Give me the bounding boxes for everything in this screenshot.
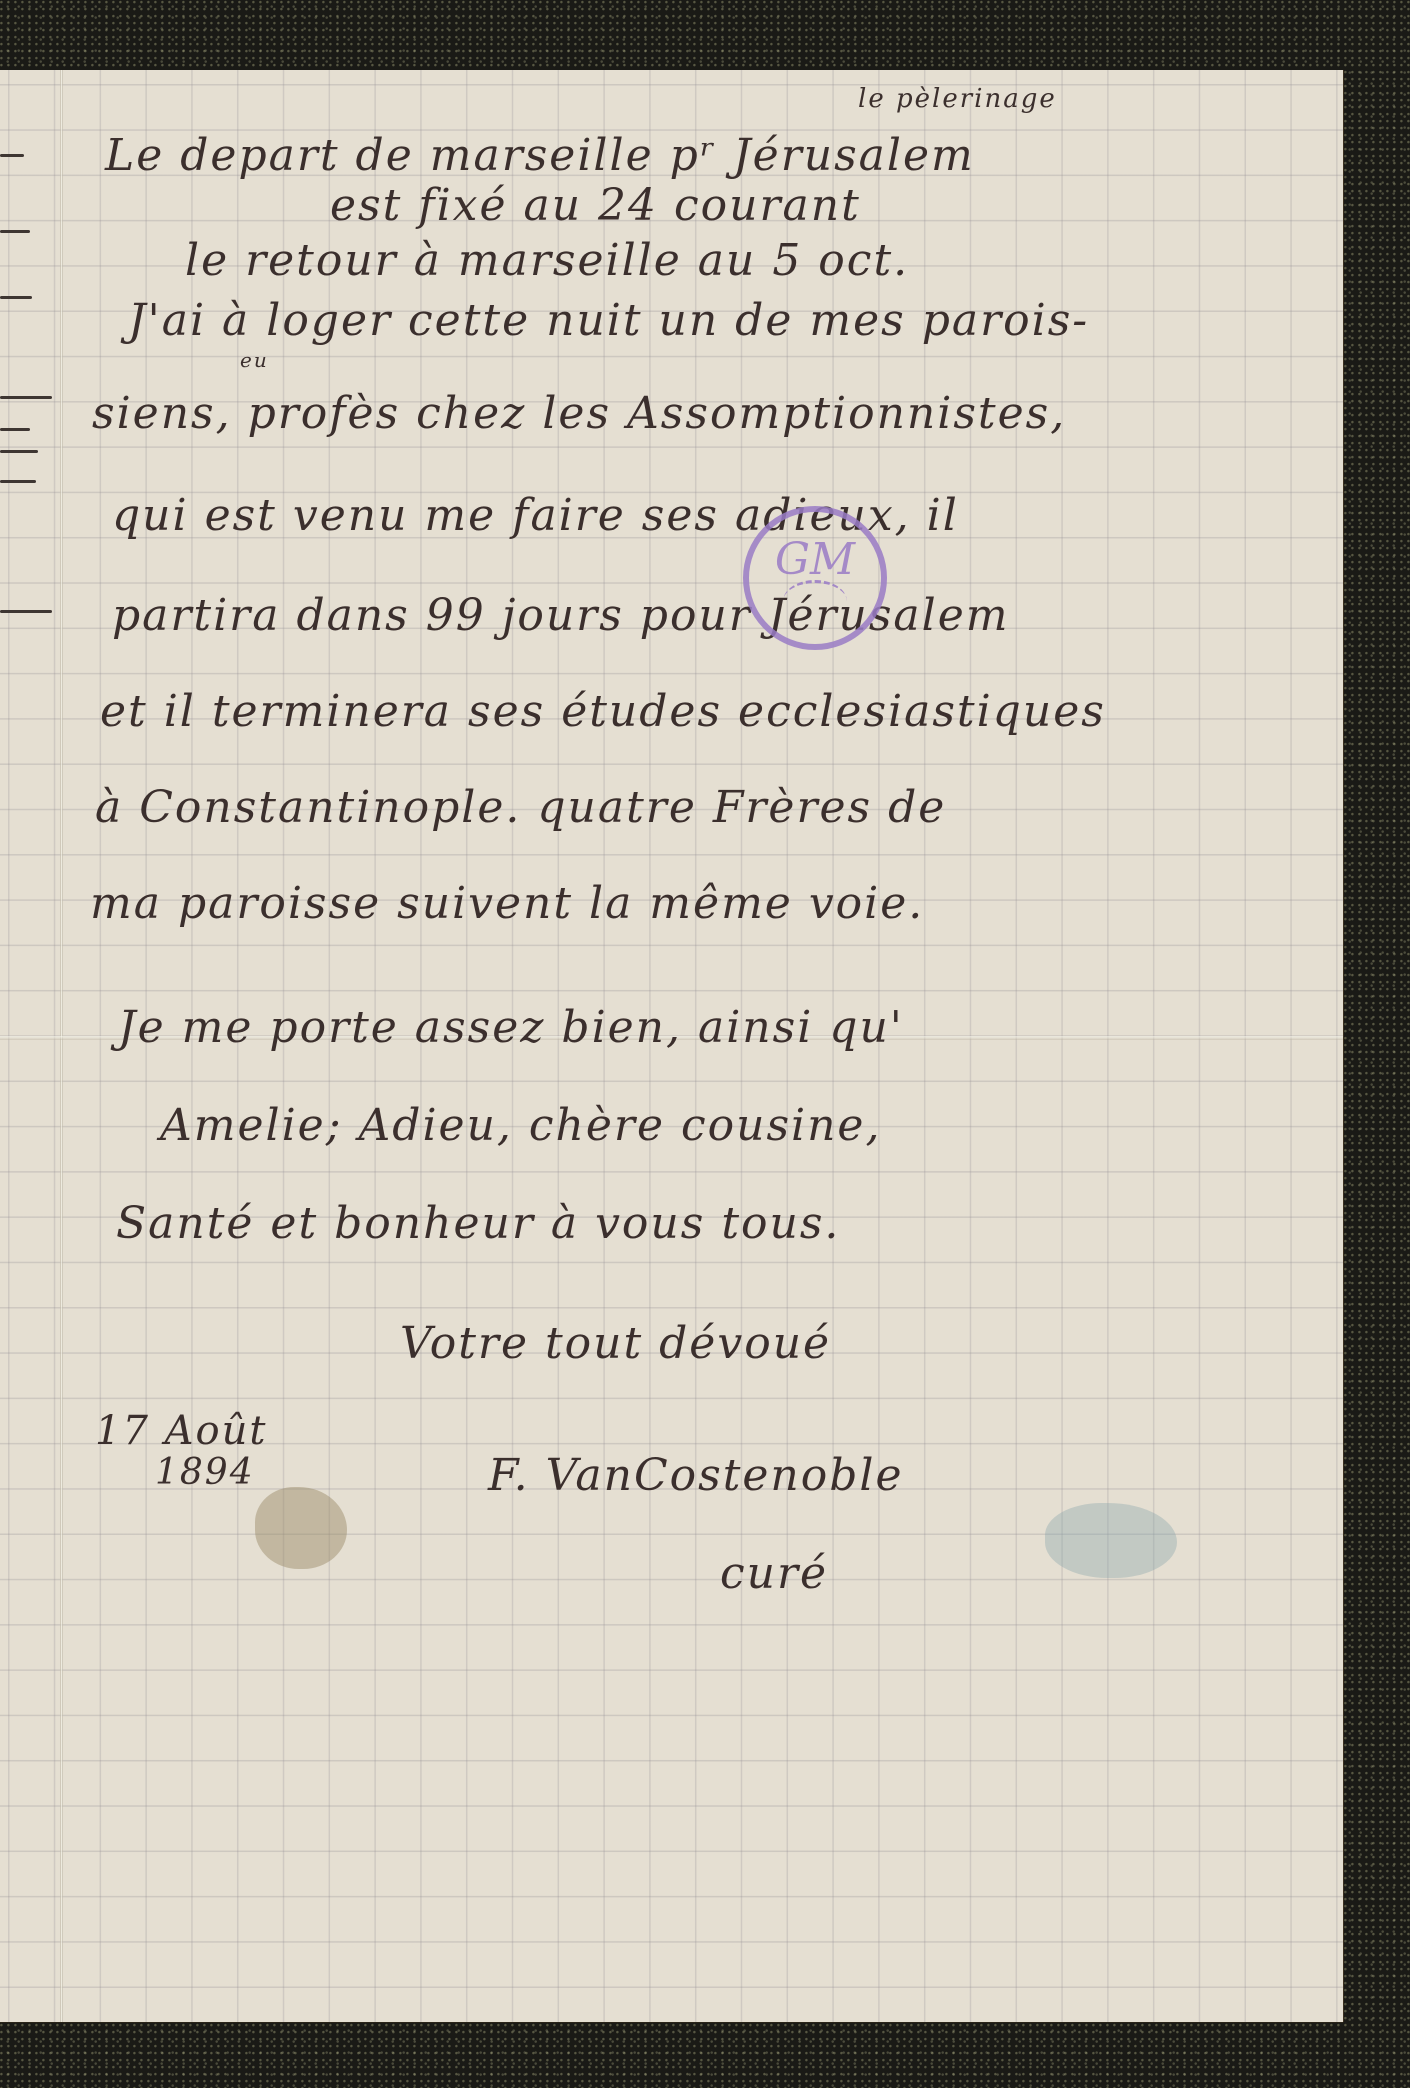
ink-mark [0, 230, 30, 233]
letter-line-13: Santé et bonheur à vous tous. [116, 1198, 840, 1249]
ink-mark [0, 450, 38, 453]
letter-line-1: Le depart de marseille pʳ Jérusalem [105, 130, 975, 181]
letter-line-10: ma paroisse suivent la même voie. [90, 878, 924, 929]
letter-line-2: est fixé au 24 courant [330, 180, 861, 231]
ink-mark [0, 296, 32, 299]
letter-line-8: et il terminera ses études ecclesiastiqu… [100, 686, 1106, 737]
signature-title: curé [720, 1548, 828, 1599]
letter-line-11: Je me porte assez bien, ainsi qu' [118, 1002, 904, 1053]
ink-mark [0, 610, 52, 613]
insertion-le-pelerinage: le pèlerinage [858, 84, 1057, 114]
letter-page: le pèlerinage Le depart de marseille pʳ … [0, 70, 1343, 2022]
archive-stamp: GM [743, 506, 887, 650]
ink-mark [0, 428, 30, 431]
ink-mark [0, 396, 52, 399]
water-stain [1045, 1503, 1177, 1578]
letter-line-5: siens, profès chez les Assomptionnistes, [92, 388, 1066, 439]
signature-name: F. VanCostenoble [488, 1450, 904, 1501]
fold-crease [60, 70, 63, 2022]
letter-line-3: le retour à marseille au 5 oct. [185, 235, 909, 286]
ink-stain [255, 1487, 347, 1569]
closing-line: Votre tout dévoué [400, 1318, 831, 1369]
date-year: 1894 [155, 1452, 255, 1493]
letter-line-4: J'ai à loger cette nuit un de mes parois… [128, 295, 1089, 346]
stamp-monogram: GM [749, 534, 881, 585]
ink-mark [0, 480, 36, 483]
bird-emblem-icon [783, 580, 847, 623]
letter-line-9: à Constantinople. quatre Frères de [95, 782, 946, 833]
letter-line-12: Amelie; Adieu, chère cousine, [160, 1100, 881, 1151]
insertion-eu: eu [240, 348, 269, 372]
ink-mark [0, 154, 24, 157]
date-day-month: 17 Août [95, 1408, 267, 1454]
previous-page-edge [0, 70, 60, 2022]
